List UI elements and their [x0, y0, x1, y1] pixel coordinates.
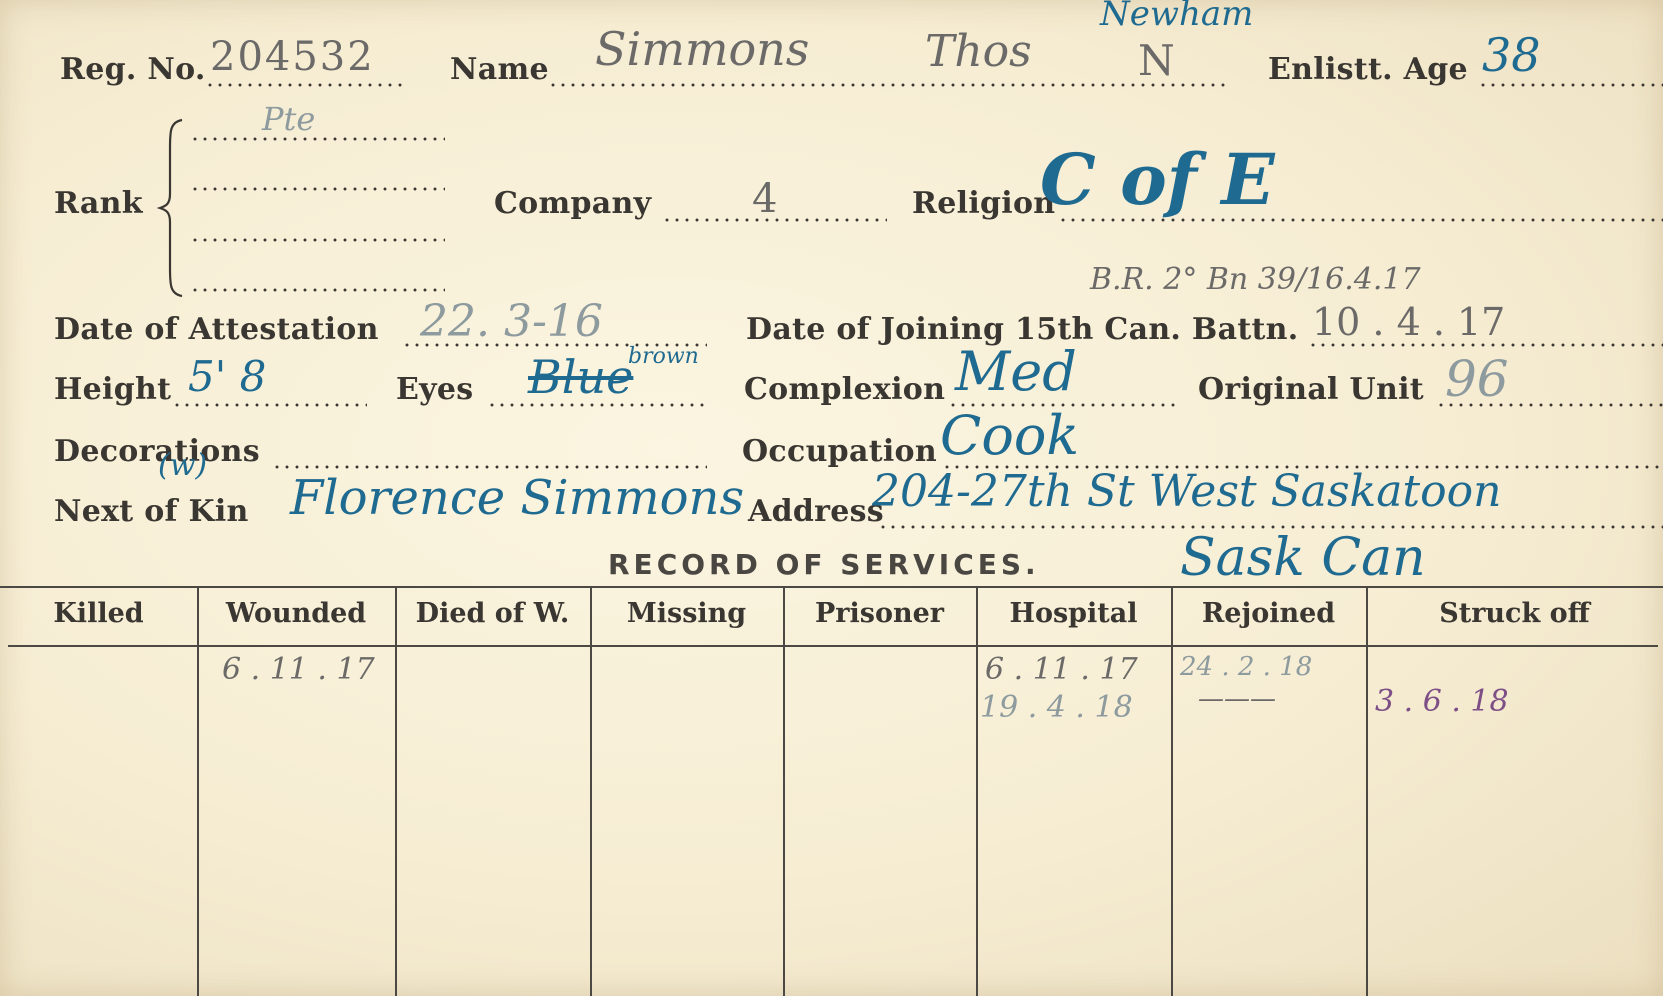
decorations-dotted-line	[272, 465, 707, 469]
hospital-cell-1: 6 . 11 . 17	[985, 652, 1138, 687]
wounded-cell: 6 . 11 . 17	[222, 652, 375, 687]
company-label: Company	[494, 186, 651, 221]
column-header-missing: Missing	[590, 592, 783, 636]
eyes-value: Blue	[528, 350, 633, 404]
column-header-struck-off: Struck off	[1366, 592, 1663, 636]
date-joining-value: 10 . 4 . 17	[1312, 300, 1505, 344]
rank-dotted-line-3	[190, 238, 445, 242]
rejoined-cell-1: 24 . 2 . 18	[1180, 652, 1312, 682]
middle-initial-value: N	[1138, 36, 1175, 85]
next-of-kin-relation: (w)	[158, 448, 207, 483]
enlist-age-dotted-line	[1478, 83, 1663, 87]
struck-off-cell: 3 . 6 . 18	[1375, 684, 1509, 719]
rank-brace	[152, 118, 192, 298]
column-divider	[783, 588, 785, 996]
religion-label: Religion	[912, 186, 1055, 221]
eyes-label: Eyes	[396, 372, 473, 407]
rank-dotted-line-4	[190, 288, 445, 292]
column-header-rejoined: Rejoined	[1171, 592, 1366, 636]
column-header-died-of-wounds: Died of W.	[395, 592, 590, 636]
religion-value: C of E	[1040, 138, 1275, 221]
column-divider	[197, 588, 199, 996]
surname-value: Simmons	[595, 22, 809, 76]
header-bottom-rule	[8, 645, 1658, 647]
height-value: 5' 8	[188, 352, 266, 401]
hospital-cell-2: 19 . 4 . 18	[980, 690, 1133, 725]
address-line1-value: 204-27th St West Saskatoon	[872, 466, 1501, 517]
rejoined-cell-2: ———	[1198, 684, 1276, 714]
occupation-label: Occupation	[742, 434, 937, 469]
date-attestation-value: 22. 3-16	[420, 296, 603, 347]
date-attestation-label: Date of Attestation	[54, 312, 379, 347]
column-divider	[1171, 588, 1173, 996]
rank-label: Rank	[54, 186, 143, 221]
name-dotted-line	[548, 83, 1228, 87]
reg-no-label: Reg. No.	[60, 52, 206, 87]
attestation-card: Reg. No. 204532 Name Simmons Thos N Newh…	[0, 0, 1663, 996]
next-of-kin-label: Next of Kin	[54, 494, 249, 529]
eyes-correction-value: brown	[628, 344, 699, 369]
posting-annotation: B.R. 2° Bn 39/16.4.17	[1090, 262, 1421, 297]
enlist-age-label: Enlistt. Age	[1268, 52, 1468, 87]
reg-no-value: 204532	[210, 34, 375, 80]
given-name-value: Thos	[925, 26, 1032, 77]
name-label: Name	[450, 52, 549, 87]
decorations-label: Decorations	[54, 434, 260, 469]
occupation-value: Cook	[940, 404, 1079, 467]
column-header-hospital: Hospital	[976, 592, 1171, 636]
column-header-wounded: Wounded	[197, 592, 395, 636]
column-divider	[395, 588, 397, 996]
record-top-rule	[0, 586, 1663, 588]
company-value: 4	[752, 176, 777, 222]
column-divider	[590, 588, 592, 996]
height-dotted-line	[172, 403, 367, 407]
rank-dotted-line-2	[190, 187, 445, 191]
middle-name-note: Newham	[1100, 0, 1253, 34]
rank-value: Pte	[262, 100, 315, 138]
complexion-value: Med	[955, 340, 1077, 403]
column-header-killed: Killed	[0, 592, 197, 636]
height-label: Height	[54, 372, 171, 407]
reg-no-dotted-line	[205, 83, 405, 87]
rank-dotted-line-1	[190, 137, 445, 141]
record-title: RECORD OF SERVICES.	[608, 548, 1040, 581]
address-label: Address	[748, 494, 884, 529]
next-of-kin-value: Florence Simmons	[290, 470, 744, 526]
complexion-label: Complexion	[744, 372, 945, 407]
original-unit-label: Original Unit	[1198, 372, 1424, 407]
enlist-age-value: 38	[1482, 28, 1541, 82]
column-header-prisoner: Prisoner	[783, 592, 976, 636]
column-divider	[1366, 588, 1368, 996]
address-line2-value: Sask Can	[1180, 528, 1426, 588]
original-unit-value: 96	[1445, 350, 1509, 408]
column-divider	[976, 588, 978, 996]
